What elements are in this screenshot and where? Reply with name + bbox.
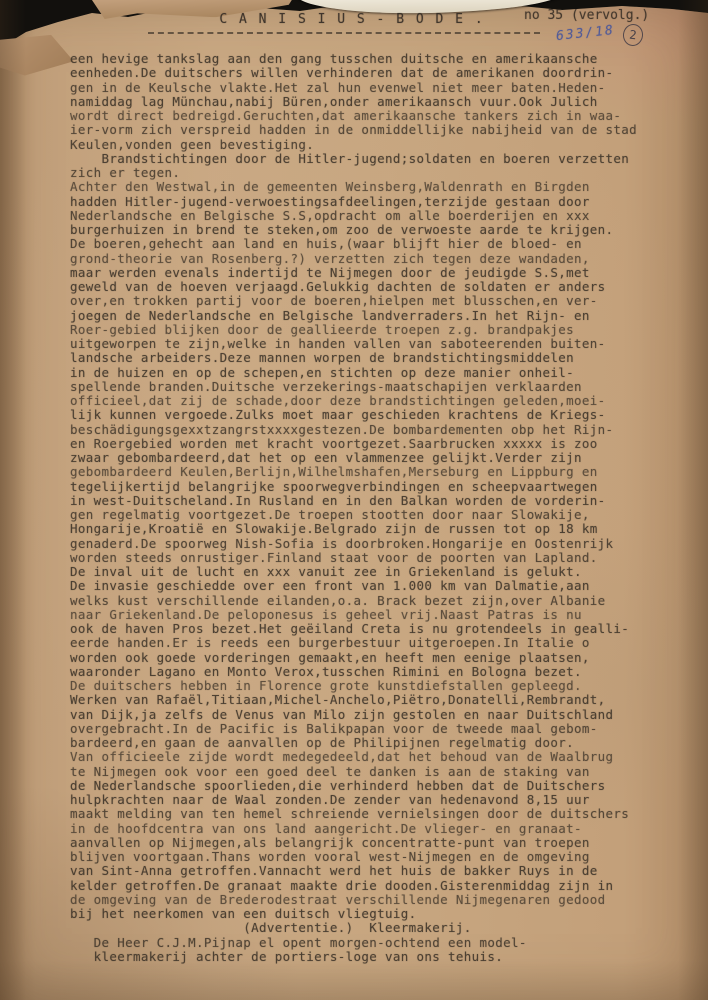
text-line: in de hoofdcentra van ons land aangerich… <box>70 822 670 836</box>
text-line: De Heer C.J.M.Pijnap el opent morgen-och… <box>70 936 670 950</box>
text-line: spellende branden.Duitsche verzekerings-… <box>70 380 670 394</box>
text-line: De boeren,gehecht aan land en huis,(waar… <box>70 237 670 251</box>
text-line: van Sint-Anna getroffen.Vannacht werd he… <box>70 864 670 878</box>
text-line: waaronder Lagano en Monto Verox,tusschen… <box>70 665 670 679</box>
text-line: in west-Duitscheland.In Rusland en in de… <box>70 494 670 508</box>
text-line: bardeerd,en gaan de aanvallen op de Phil… <box>70 736 670 750</box>
text-line: ier-vorm zich verspreid hadden in de onm… <box>70 123 670 137</box>
text-line: beschädigungsgexxtzangrstxxxxgestezen.De… <box>70 423 670 437</box>
text-line: overgebracht.In de Pacific is Balikpapan… <box>70 722 670 736</box>
text-line: blijven voortgaan.Thans worden vooral we… <box>70 850 670 864</box>
text-line: kleermakerij achter de portiers-loge van… <box>70 950 670 964</box>
text-line: burgerhuizen in brend te steken,om zoo d… <box>70 223 670 237</box>
masthead-dashed-rule <box>148 32 540 34</box>
text-line: De duitschers hebben in Florence grote k… <box>70 679 670 693</box>
text-line: worden ook goede vorderingen gemaakt,en … <box>70 651 670 665</box>
text-line: namiddag lag Münchau,nabij Büren,onder a… <box>70 95 670 109</box>
masthead-title: C A N I S I U S - B O D E . <box>152 12 552 27</box>
text-line: Achter den Westwal,in de gemeenten Weins… <box>70 180 670 194</box>
text-line: Hongarije,Kroatië en Slowakije.Belgrado … <box>70 522 670 536</box>
text-line: geweld van de hoeven verjaagd.Gelukkig d… <box>70 280 670 294</box>
text-line: maakt melding van ten hemel schreiende v… <box>70 807 670 821</box>
text-line: worden steeds onrustiger.Finland staat v… <box>70 551 670 565</box>
text-line: eerde handen.Er is reeds een burgerbestu… <box>70 636 670 650</box>
text-line: De inval uit de lucht en xxx vanuit zee … <box>70 565 670 579</box>
issue-number: no 35 (vervolg.) <box>524 8 649 23</box>
text-line: eenheden.De duitschers willen verhindere… <box>70 66 670 80</box>
text-line: Van officieele zijde wordt medegedeeld,d… <box>70 750 670 764</box>
text-line: hadden Hitler-jugend-verwoestingsafdeeli… <box>70 195 670 209</box>
text-line: bij het neerkomen van een duitsch vliegt… <box>70 907 670 921</box>
text-line: in de huizen en op de schepen,en stichte… <box>70 366 670 380</box>
text-line: gen in de Keulsche vlakte.Het zal hun ev… <box>70 81 670 95</box>
text-line: aanvallen op Nijmegen,als belangrijk con… <box>70 836 670 850</box>
text-line: te Nijmegen ook voor een goed deel te da… <box>70 765 670 779</box>
text-line: over,en trokken partij voor de boeren,hi… <box>70 294 670 308</box>
text-line: uitgeworpen te zijn,welke in handen vall… <box>70 337 670 351</box>
text-line: (Advertentie.) Kleermakerij. <box>70 921 670 935</box>
text-line: Werken van Rafaël,Titiaan,Michel-Anchelo… <box>70 693 670 707</box>
text-line: zwaar gebombardeerd,dat het op een vlamm… <box>70 451 670 465</box>
text-line: Keulen,vonden geen bevestiging. <box>70 138 670 152</box>
text-line: maar werden evenals indertijd te Nijmege… <box>70 266 670 280</box>
text-line: de omgeving van de Brederodestraat versc… <box>70 893 670 907</box>
text-line: landsche arbeiders.Deze mannen worpen de… <box>70 351 670 365</box>
text-line: gen regelmatig voortgezet.De troepen sto… <box>70 508 670 522</box>
text-line: grond-theorie van Rosenberg.?) verzetten… <box>70 252 670 266</box>
text-line: zich er tegen. <box>70 166 670 180</box>
text-line: officieel,dat zij de schade,door deze br… <box>70 394 670 408</box>
text-line: genaderd.De spoorweg Nish-Sofia is doorb… <box>70 537 670 551</box>
text-line: naar Griekenland.De peloponesus is gehee… <box>70 608 670 622</box>
text-line: wordt direct bedreigd.Geruchten,dat amer… <box>70 109 670 123</box>
text-line: lijk kunnen vergoede.Zulks moet maar ges… <box>70 408 670 422</box>
text-line: en Roergebied worden met kracht voortgez… <box>70 437 670 451</box>
text-line: De invasie geschiedde over een front van… <box>70 579 670 593</box>
text-line: ook de haven Pros bezet.Het geëiland Cre… <box>70 622 670 636</box>
text-line: welks kust verschillende eilanden,o.a. B… <box>70 594 670 608</box>
text-line: een hevige tankslag aan den gang tussche… <box>70 52 670 66</box>
body-text: een hevige tankslag aan den gang tussche… <box>70 52 670 964</box>
text-line: kelder getroffen.De granaat maakte drie … <box>70 879 670 893</box>
text-line: de Nederlandsche spoorlieden,die verhind… <box>70 779 670 793</box>
text-line: Brandstichtingen door de Hitler-jugend;s… <box>70 152 670 166</box>
text-line: van Dijk,ja zelfs de Venus van Milo zijn… <box>70 708 670 722</box>
text-line: gebombardeerd Keulen,Berlijn,Wilhelmshaf… <box>70 465 670 479</box>
text-line: tegelijkertijd belangrijke spoorwegverbi… <box>70 480 670 494</box>
text-line: Nederlandsche en Belgische S.S,opdracht … <box>70 209 670 223</box>
text-line: Roer-gebied blijken door de geallieerde … <box>70 323 670 337</box>
text-line: joegen de Nederlandsche en Belgische lan… <box>70 309 670 323</box>
text-line: hulpkrachten naar de Waal zonden.De zend… <box>70 793 670 807</box>
